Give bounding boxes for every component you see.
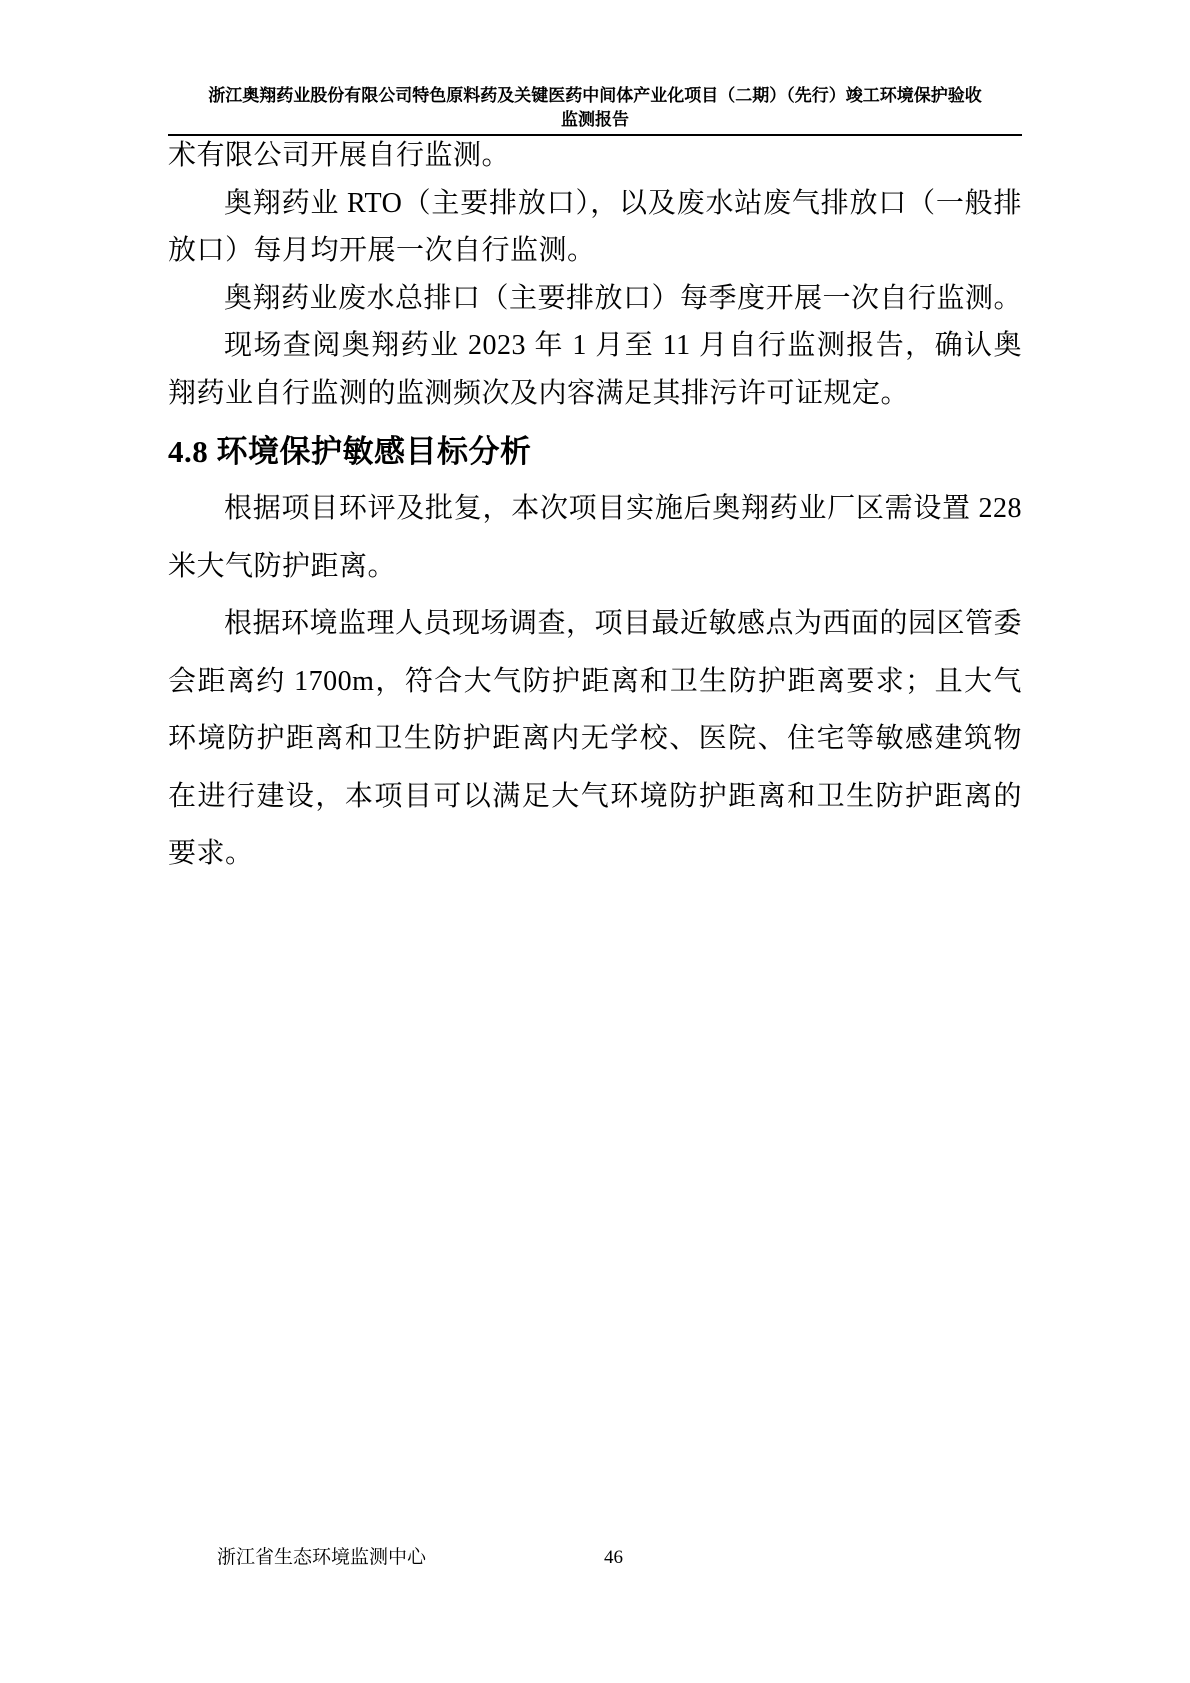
paragraph-rto-monitoring: 奥翔药业 RTO（主要排放口），以及废水站废气排放口（一般排放口）每月均开展一次…	[168, 180, 1022, 275]
header-title-line2: 监测报告	[168, 108, 1022, 132]
footer-organization: 浙江省生态环境监测中心	[217, 1546, 426, 1570]
document-page: 浙江奥翔药业股份有限公司特色原料药及关键医药中间体产业化项目（二期）（先行）竣工…	[0, 0, 1190, 1683]
page-number: 46	[604, 1546, 623, 1570]
document-body: 术有限公司开展自行监测。 奥翔药业 RTO（主要排放口），以及废水站废气排放口（…	[168, 132, 1022, 883]
paragraph-continuation: 术有限公司开展自行监测。	[168, 132, 1022, 180]
paragraph-wastewater-outlet: 奥翔药业废水总排口（主要排放口）每季度开展一次自行监测。	[168, 275, 1022, 323]
paragraph-report-review: 现场查阅奥翔药业 2023 年 1 月至 11 月自行监测报告，确认奥翔药业自行…	[168, 322, 1022, 417]
header-title-line1: 浙江奥翔药业股份有限公司特色原料药及关键医药中间体产业化项目（二期）（先行）竣工…	[168, 84, 1022, 108]
page-footer: 浙江省生态环境监测中心 46	[0, 1546, 1190, 1576]
section-heading-4-8: 4.8 环境保护敏感目标分析	[168, 431, 1022, 473]
paragraph-sensitive-targets: 根据环境监理人员现场调查，项目最近敏感点为西面的园区管委会距离约 1700m，符…	[168, 595, 1022, 883]
page-header: 浙江奥翔药业股份有限公司特色原料药及关键医药中间体产业化项目（二期）（先行）竣工…	[168, 84, 1022, 136]
paragraph-protection-distance: 根据项目环评及批复，本次项目实施后奥翔药业厂区需设置 228 米大气防护距离。	[168, 480, 1022, 595]
